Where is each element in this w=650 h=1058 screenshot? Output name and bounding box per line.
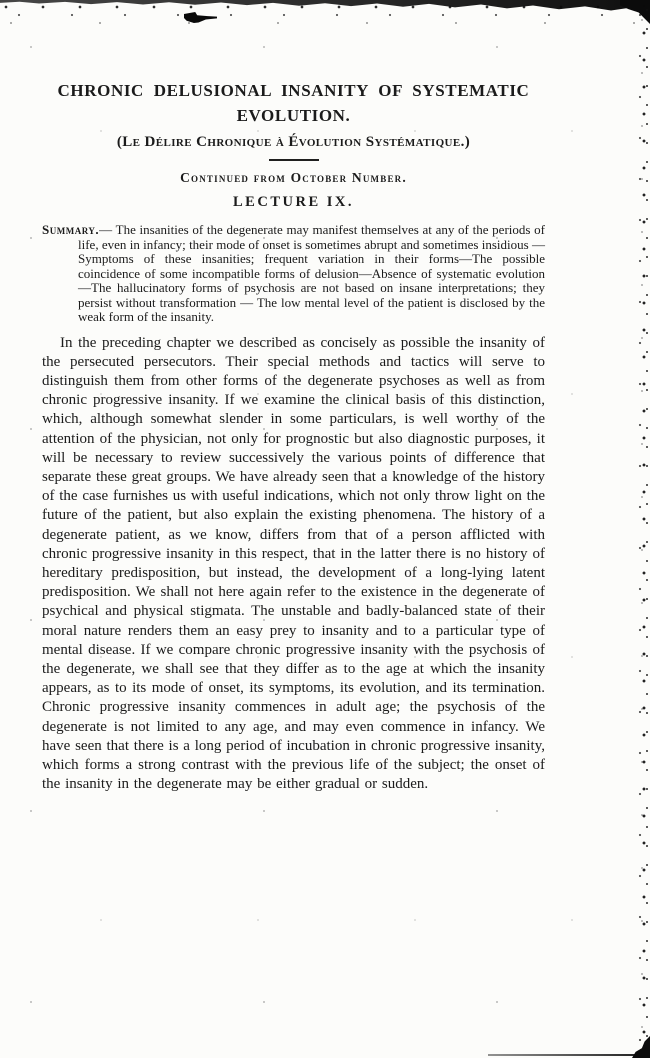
summary-label: Summary. — [42, 222, 99, 237]
scanned-page: CHRONIC DELUSIONAL INSANITY OF SYSTEMATI… — [0, 0, 650, 1058]
scan-noise-bottom-line — [488, 1054, 650, 1056]
article-subtitle-french: (Le Délire Chronique à Évolution Systéma… — [42, 133, 545, 151]
section-divider-rule — [269, 159, 319, 161]
body-paragraph: In the preceding chapter we described as… — [42, 334, 545, 795]
scan-noise-right-edge — [636, 0, 650, 1058]
continued-from-note: Continued from October Number. — [42, 170, 545, 186]
summary-text: — The insanities of the degenerate may m… — [78, 222, 545, 324]
summary-paragraph: Summary.— The insanities of the degenera… — [42, 223, 545, 325]
lecture-heading: LECTURE IX. — [42, 194, 545, 211]
article-title: CHRONIC DELUSIONAL INSANITY OF SYSTEMATI… — [42, 78, 545, 128]
